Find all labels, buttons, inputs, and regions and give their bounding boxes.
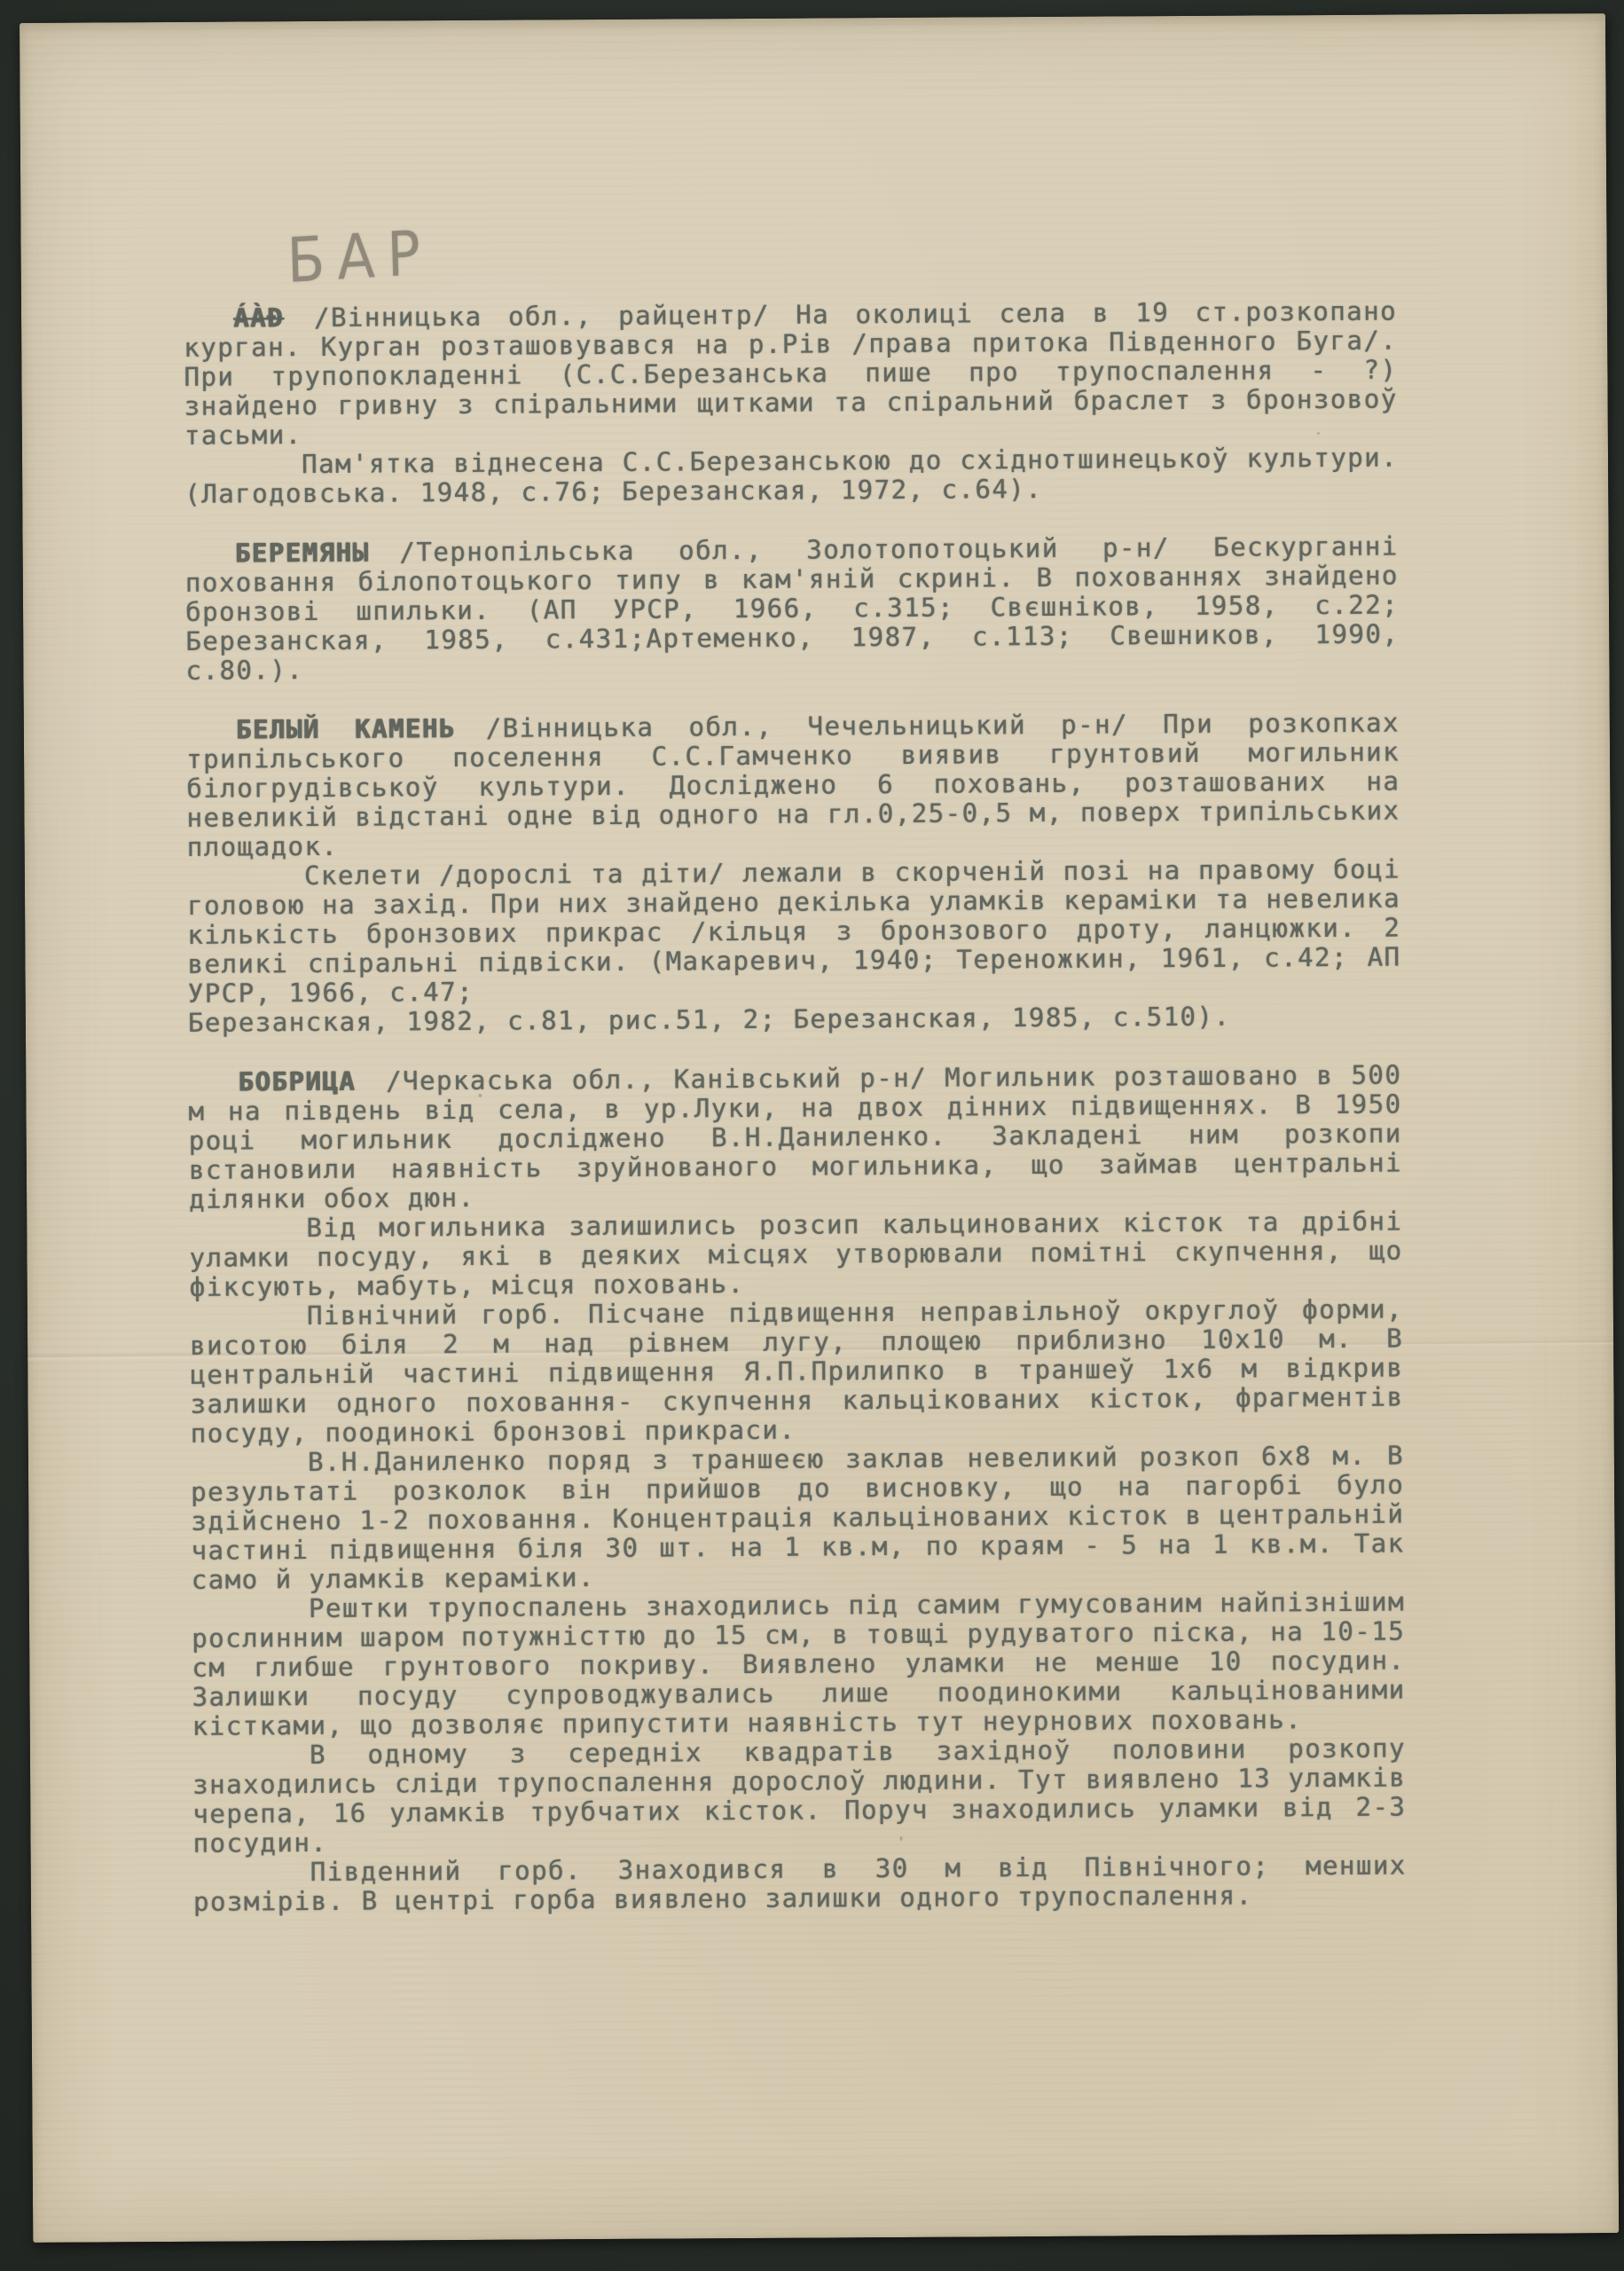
site-title: БЕРЕМЯНЫ [235,538,370,569]
entry-bar: ÁÀÐ/Вінницька обл., райцентр/ На околиці… [184,297,1398,509]
entry-paragraph: В одному з середніх квадратів західноў п… [192,1733,1407,1858]
entry-lead-text: /Черкаська обл., Канівський р-н/ Могильн… [188,1060,1402,1214]
site-title-struck: ÁÀÐ [233,303,284,333]
entry-paragraph: Від могильника залишились розсип кальцин… [189,1207,1403,1302]
entry-lead-paragraph: БЕЛЫЙ КАМЕНЬ/Вінницька обл., Чечельницьк… [186,709,1400,862]
site-title: БОБРИЦА [238,1066,356,1097]
entry-lead-paragraph: БЕРЕМЯНЫ/Тернопільська обл., Золотопотоц… [185,532,1400,686]
entry-paragraph: Північний горб. Пісчане підвищення непра… [190,1294,1404,1448]
entry-lead-paragraph: БОБРИЦА/Черкаська обл., Канівський р-н/ … [188,1061,1402,1214]
entry-paragraph: Південний горб. Знаходився в 30 м від Пі… [193,1851,1407,1916]
entry-paragraph-flush: Березанская, 1982, с.81, рис.51, 2; Бере… [188,1002,1401,1038]
entry-paragraph: Скелети /дорослі та діти/ лежали в скорч… [187,855,1401,1009]
entry-bobritsa: БОБРИЦА/Черкаська обл., Канівський р-н/ … [188,1061,1407,1917]
entry-belyi-kamen: БЕЛЫЙ КАМЕНЬ/Вінницька обл., Чечельницьк… [186,709,1401,1038]
entry-beremyany: БЕРЕМЯНЫ/Тернопільська обл., Золотопотоц… [185,532,1400,686]
scanned-document-page: { "scan": { "background_color": "#2c322d… [0,0,1624,2271]
entry-paragraph: Рештки трупоспалень знаходились під сами… [192,1587,1406,1741]
entry-paragraph: В.Н.Даниленко поряд з траншеєю заклав не… [191,1441,1405,1594]
entry-lead-text: /Вінницька обл., райцентр/ На околиці се… [184,296,1398,451]
entry-paragraph: Пам'ятка віднесена С.С.Березанською до с… [184,444,1398,509]
handwritten-pencil-annotation: БАР [286,222,434,292]
paper-sheet: БАР ÁÀÐ/Вінницька обл., райцентр/ На око… [20,13,1619,2243]
entry-lead-paragraph: ÁÀÐ/Вінницька обл., райцентр/ На околиці… [184,297,1398,451]
typed-text-block: ÁÀÐ/Вінницька обл., райцентр/ На околиці… [184,297,1407,1947]
site-title: БЕЛЫЙ КАМЕНЬ [236,713,456,745]
